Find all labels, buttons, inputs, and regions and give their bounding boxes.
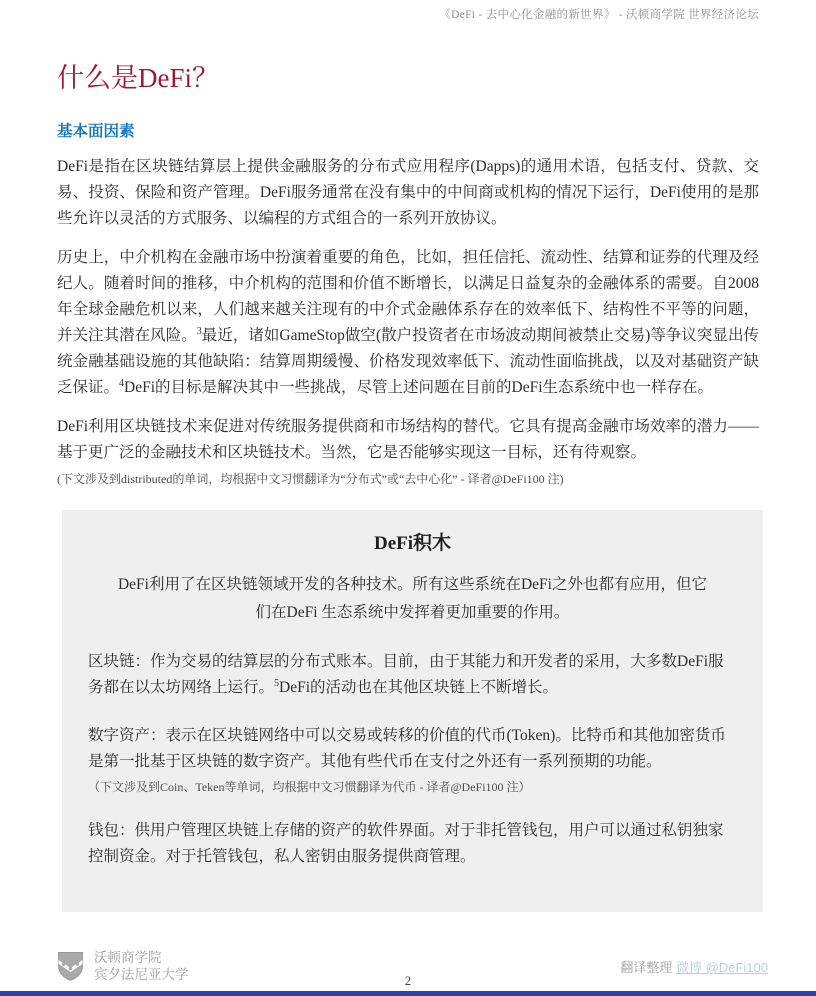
credit-label: 翻译整理: [620, 960, 672, 975]
box-title: DeFi积木: [88, 528, 737, 555]
page-title: 什么是DeFi？: [57, 56, 759, 95]
credit-weibo-link[interactable]: 微博 @DeFi100: [676, 960, 768, 975]
box-item-digital-assets: 数字资产：表示在区块链网络中可以交易或转移的价值的代币(Token)。比特币和其…: [88, 723, 737, 775]
box-item-blockchain: 区块链：作为交易的结算层的分布式账本。目前，由于其能力和开发者的采用，大多数De…: [88, 649, 737, 701]
section-heading-fundamentals: 基本面因素: [57, 119, 759, 141]
translator-note-distributed: (下文涉及到distributed的单词，均根据中文习惯翻译为“分布式”或“去中…: [57, 470, 759, 488]
blockchain-text-part2: DeFi的活动也在其他区块链上不断增长。: [279, 679, 558, 696]
paragraph-defi-definition: DeFi是指在区块链结算层上提供金融服务的分布式应用程序(Dapps)的通用术语…: [57, 154, 759, 232]
history-text-part3: DeFi的目标是解决其中一些挑战，尽管上述问题在目前的DeFi生态系统中也一样存…: [124, 379, 713, 396]
document-page: 《DeFi - 去中心化金融的新世界》 - 沃顿商学院 世界经济论坛 什么是De…: [0, 0, 816, 996]
paragraph-intermediaries-history: 历史上，中介机构在金融市场中扮演着重要的角色，比如，担任信托、流动性、结算和证券…: [57, 245, 759, 401]
box-item-wallet: 钱包：供用户管理区块链上存储的资产的软件界面。对于非托管钱包，用户可以通过私钥独…: [88, 818, 737, 870]
box-intro-text: DeFi利用了在区块链领域开发的各种技术。所有这些系统在DeFi之外也都有应用，…: [116, 571, 709, 627]
translator-note-coin: （下文涉及到Coin、Teken等单词，均根据中文习惯翻译为代币 - 译者@De…: [88, 778, 737, 796]
footer-accent-bar: [0, 991, 816, 996]
document-header-title: 《DeFi - 去中心化金融的新世界》 - 沃顿商学院 世界经济论坛: [57, 0, 759, 22]
paragraph-defi-outlook: DeFi利用区块链技术来促进对传统服务提供商和市场结构的替代。它具有提高金融市场…: [57, 414, 759, 466]
footer-credit: 翻译整理 微博 @DeFi100: [620, 957, 768, 976]
defi-building-blocks-box: DeFi积木 DeFi利用了在区块链领域开发的各种技术。所有这些系统在DeFi之…: [62, 510, 763, 912]
page-number: 2: [0, 974, 816, 989]
org-name-wharton: 沃顿商学院: [94, 949, 189, 966]
